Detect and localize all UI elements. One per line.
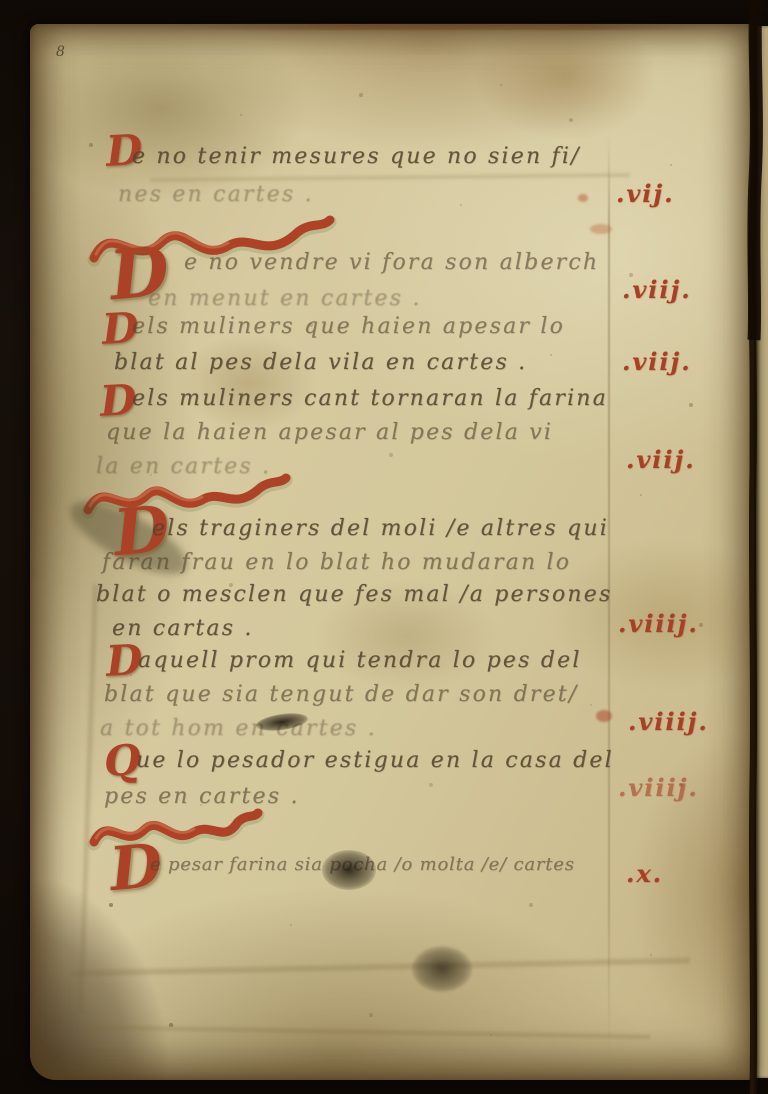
stain [412,946,472,992]
stained-page-edge [160,24,703,30]
wrinkle [70,956,690,979]
entry-line: ue lo pesador estigua en la casa del [136,750,614,772]
rubric-initial: D [101,307,140,351]
index-entry: D e no vendre vi fora son alberch en men… [30,24,754,1080]
entry-line: en menut en cartes . [148,288,422,310]
calligraphic-flourish-icon [88,810,263,856]
vertical-crease-line [608,134,610,1054]
ink-blot [322,850,376,890]
wrinkle [90,1023,650,1041]
red-ink-speck [578,194,588,202]
entry-line: blat que sia tengut de dar son dret/ [104,684,578,706]
entry-line: pes en cartes . [104,786,300,808]
index-entry: D els traginers del moli /e altres qui f… [30,24,754,1080]
entry-line: e no tenir mesures que no sien fi/ [132,146,581,168]
folio-number: 8 [56,44,65,60]
index-entry: D aquell prom qui tendra lo pes del blat… [30,24,754,1080]
manuscript-photo: 8 D e no tenir mesures que no sien fi/ n… [0,0,768,1094]
entry-line: aquell prom qui tendra lo pes del [138,650,582,672]
ink-smudge [61,488,196,588]
entry-line: els muliners que haien apesar lo [132,316,565,338]
parchment-page: 8 D e no tenir mesures que no sien fi/ n… [30,24,754,1080]
entry-line: blat o mesclen que fes mal /a persones [96,584,613,606]
rubric-initial: D [105,129,144,173]
entry-page-numeral: .viiij. [628,710,709,734]
entry-line: e pesar farina sia pocha /o molta /e/ ca… [150,856,575,874]
entry-page-numeral: .viiij. [618,776,699,800]
entry-page-numeral: .x. [626,862,663,886]
rubric-initial: D [105,639,144,683]
index-entry: D els muliners que haien apesar lo blat … [30,24,754,1080]
entry-line: faran frau en lo blat ho mudaran lo [102,552,571,574]
parchment-speckles [30,24,32,26]
rubric-initial: D [99,379,138,423]
wrinkle [76,584,99,1014]
entry-line: en cartas . [112,618,254,640]
entry-page-numeral: .viij. [626,448,696,472]
rubric-initial-large: D [107,836,164,900]
calligraphic-flourish-icon [86,214,336,274]
entry-page-numeral: .viiij. [618,612,699,636]
entry-line: a tot hom en cartes . [100,718,377,740]
book-gutter-shadow [740,0,766,1094]
entry-page-numeral: .vij. [616,182,674,206]
calligraphic-flourish-icon [82,474,292,524]
entry-page-numeral: .viij. [622,278,692,302]
index-entry: D els muliners cant tornaran la farina q… [30,24,754,1080]
rubric-initial-large: D [107,238,172,311]
index-entry: Q ue lo pesador estigua en la casa del p… [30,24,754,1080]
entry-line: que la haien apesar al pes dela vi [106,422,553,444]
ink-blot [255,710,309,733]
index-entry: D e pesar farina sia pocha /o molta /e/ … [30,24,754,1080]
entry-line: els traginers del moli /e altres qui [152,518,609,540]
entry-page-numeral: .viij. [622,350,692,374]
entry-line: la en cartes . [96,456,271,478]
rubric-initial-large: D [111,498,172,567]
rubric-initial: Q [103,739,142,783]
entry-line: nes en cartes . [118,184,314,206]
wrinkle [150,171,630,183]
index-entry: D e no tenir mesures que no sien fi/ nes… [30,24,754,1080]
entry-line: blat al pes dela vila en cartes . [114,352,527,374]
entry-line: e no vendre vi fora son alberch [184,252,599,274]
entry-line: els muliners cant tornaran la farina [132,388,608,410]
